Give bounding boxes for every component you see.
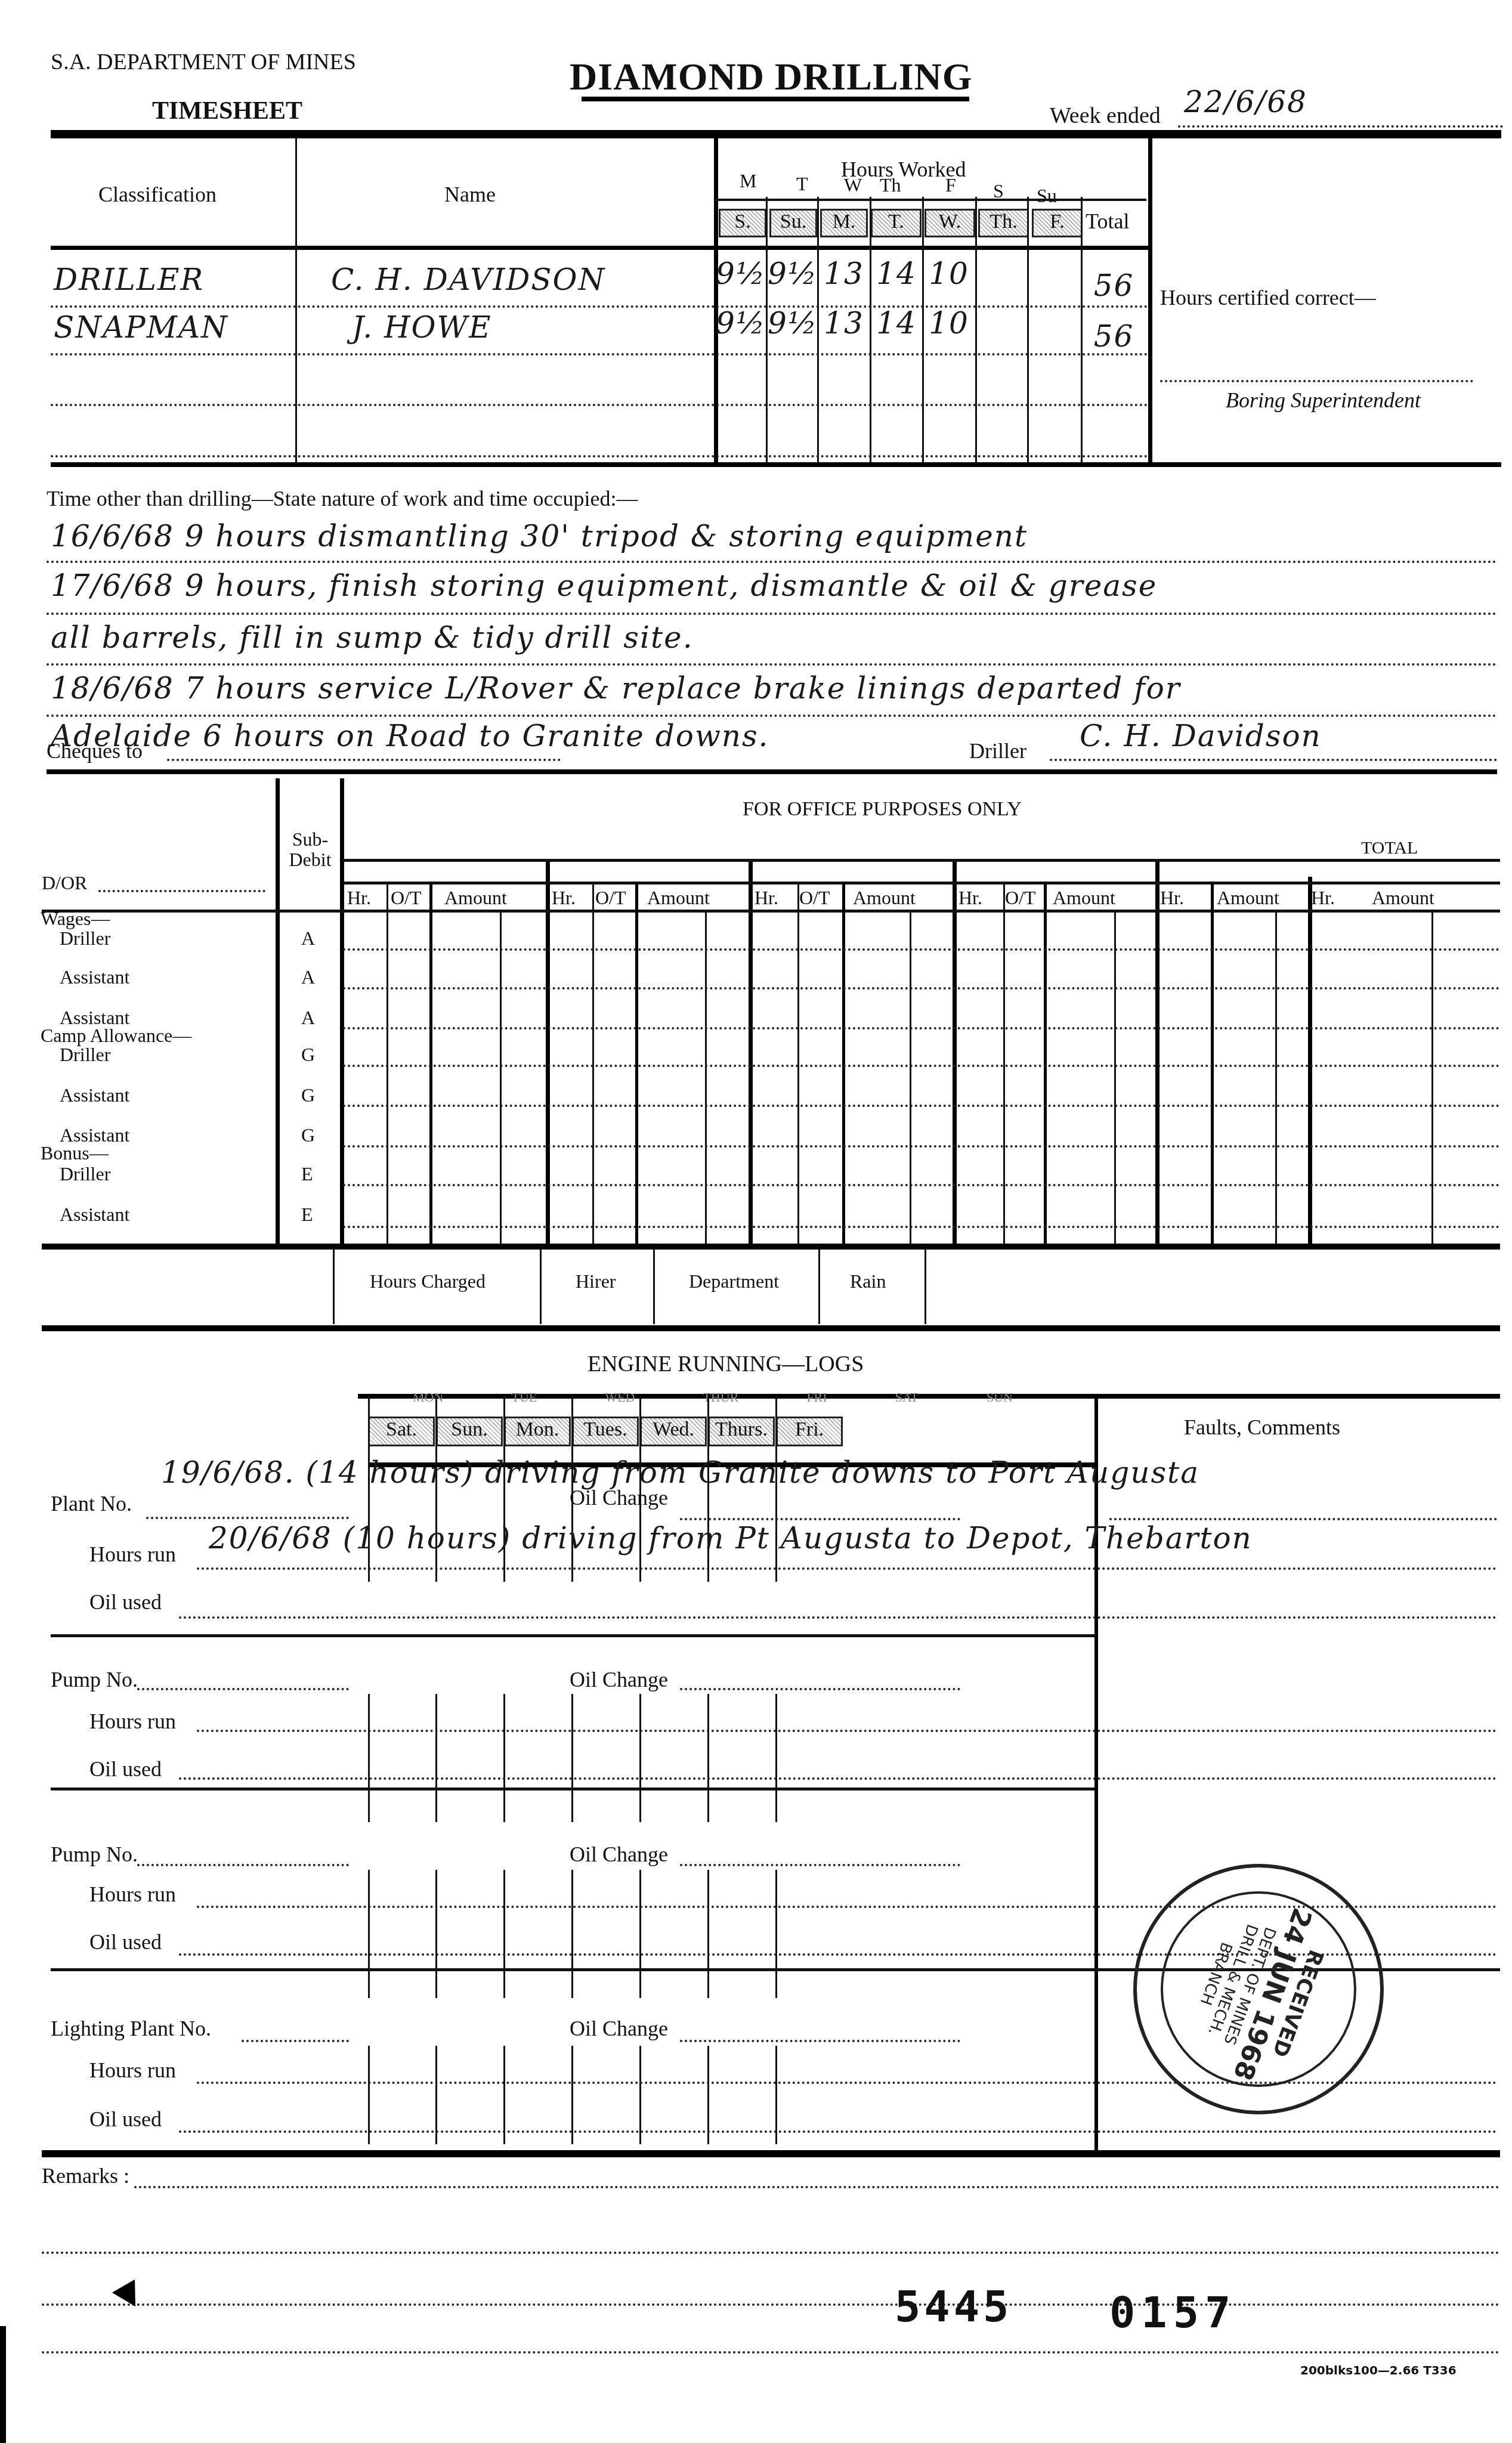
divider <box>818 1250 820 1324</box>
divider <box>639 2046 641 2144</box>
faint-day: SUN <box>987 1390 1013 1405</box>
col-amount: Amount <box>1053 887 1115 909</box>
col-hr: Hr. <box>552 887 576 909</box>
col-amount: Amount <box>1217 887 1279 909</box>
office-row-label: Driller <box>60 927 110 950</box>
faint-day: MON <box>413 1390 443 1405</box>
other-time-line-4[interactable]: 18/6/68 7 hours service L/Rover & replac… <box>51 671 1181 706</box>
day-box-w: W. <box>924 209 975 237</box>
engine-log-line-2[interactable]: 20/6/68 (10 hours) driving from Pt Augus… <box>209 1521 1253 1556</box>
faint-day: FRI <box>806 1390 827 1405</box>
divider <box>368 2046 370 2144</box>
divider <box>592 882 594 1245</box>
oil-change-label: Oil Change <box>570 2016 668 2041</box>
divider <box>1114 913 1116 1245</box>
divider <box>386 882 388 1245</box>
divider <box>705 913 707 1245</box>
day-box-m: M. <box>820 209 868 237</box>
divider <box>429 882 432 1245</box>
row-line <box>343 1027 1500 1029</box>
oil-change-label: Oil Change <box>570 1842 668 1867</box>
divider <box>1027 197 1029 462</box>
col-classification: Classification <box>98 182 217 207</box>
divider <box>639 1870 641 1998</box>
engine-day-wed: Wed. <box>640 1417 707 1446</box>
day-box-t: T. <box>871 209 922 237</box>
divider <box>51 246 1148 250</box>
office-row-code: E <box>301 1163 313 1185</box>
row-line <box>197 1730 1497 1732</box>
divider <box>797 882 799 1245</box>
office-row-code: G <box>301 1044 315 1066</box>
print-code: 200blks100—2.66 T336 <box>1300 2363 1457 2377</box>
row-line <box>343 1105 1500 1107</box>
group-wages-label: Wages— <box>41 908 110 930</box>
serial-number-left: 5445 <box>895 2281 1012 2331</box>
arrow-marker-icon <box>112 2280 147 2314</box>
hours-run-label: Hours run <box>89 2058 176 2083</box>
engine-day-sun: Sun. <box>436 1417 503 1446</box>
row1-hours-tue[interactable]: 9½ <box>768 256 818 291</box>
row-line <box>343 1184 1500 1186</box>
divider <box>707 1694 709 1822</box>
driller-line <box>1050 759 1497 761</box>
divider <box>42 910 1500 913</box>
pump-no-label: Pump No. <box>51 1667 138 1692</box>
col-amount: Amount <box>444 887 507 909</box>
row-line <box>1109 1518 1497 1520</box>
driller-label: Driller <box>969 738 1026 763</box>
divider <box>546 859 550 1247</box>
divider <box>276 778 280 1247</box>
divider <box>503 2046 505 2144</box>
other-time-line-2[interactable]: 17/6/68 9 hours, finish storing equipmen… <box>51 568 1157 603</box>
row-line <box>51 353 1148 355</box>
row2-hours-fri[interactable]: 10 <box>924 306 974 341</box>
oil-change-label: Oil Change <box>570 1667 668 1692</box>
row-line <box>179 1777 1497 1780</box>
row-line <box>51 455 1148 457</box>
lighting-oil-change-field[interactable] <box>680 2040 960 2042</box>
col-amount: Amount <box>647 887 710 909</box>
plant-no-label: Plant No. <box>51 1491 132 1516</box>
divider <box>42 1244 1500 1250</box>
faint-day: TUE <box>511 1390 537 1405</box>
divider <box>1044 882 1047 1245</box>
row2-hours-tue[interactable]: 9½ <box>768 306 818 341</box>
divider <box>368 1694 370 1822</box>
row2-name[interactable]: J. HOWE <box>352 310 491 345</box>
day-letter-t: T <box>796 173 808 195</box>
office-row-code: A <box>301 966 315 988</box>
hours-charged-label: Hours Charged <box>370 1270 486 1292</box>
col-total-hr: Hr. <box>1311 887 1335 909</box>
divider <box>653 1250 655 1324</box>
engine-faint-days: MON TUE WED THUR FRI SAT SUN <box>379 1390 1047 1405</box>
office-row-code: G <box>301 1084 315 1106</box>
divider <box>42 2150 1500 2157</box>
oil-used-label: Oil used <box>89 1757 162 1782</box>
row-line <box>51 404 1148 406</box>
divider <box>42 1325 1500 1331</box>
divider <box>775 1870 777 1998</box>
divider <box>1094 1396 1098 2153</box>
row2-total[interactable]: 56 <box>1083 319 1145 354</box>
engine-heading: ENGINE RUNNING—LOGS <box>588 1351 864 1377</box>
divider <box>749 859 753 1247</box>
cheques-to-field[interactable] <box>167 759 561 761</box>
row1-hours-thu[interactable]: 14 <box>871 256 922 291</box>
row1-total[interactable]: 56 <box>1083 268 1145 303</box>
plant-oil-change-field[interactable] <box>680 1518 960 1520</box>
row-line <box>343 1065 1500 1067</box>
title-underline <box>582 97 969 101</box>
divider <box>1155 859 1159 1247</box>
pump1-no-field[interactable] <box>137 1688 349 1690</box>
row1-hours-mon[interactable]: 9½ <box>716 256 766 291</box>
row-line <box>47 663 1497 666</box>
stamp-text: RECEIVED 24 JUN 1968 DEPT. OF MINES DRIL… <box>1103 1833 1415 2145</box>
divider <box>435 1694 437 1822</box>
col-hr: Hr. <box>347 887 371 909</box>
hours-run-label: Hours run <box>89 1709 176 1734</box>
divider <box>503 1694 505 1822</box>
department-title: S.A. DEPARTMENT OF MINES <box>51 49 356 75</box>
week-ended-value[interactable]: 22/6/68 <box>1184 85 1307 119</box>
subdebit-label: Sub-Debit <box>286 829 334 870</box>
divider <box>435 2046 437 2144</box>
row2-hours-mon[interactable]: 9½ <box>716 306 766 341</box>
day-letter-su: Su <box>1037 185 1057 207</box>
col-amount: Amount <box>853 887 916 909</box>
cheques-to-label: Cheques to <box>47 738 143 763</box>
divider <box>340 778 344 1247</box>
header-rule <box>51 130 1501 138</box>
oil-used-label: Oil used <box>89 1590 162 1615</box>
office-row-code: A <box>301 1007 315 1029</box>
divider <box>775 1694 777 1822</box>
divider <box>707 2046 709 2144</box>
divider <box>639 1694 641 1822</box>
engine-day-fri: Fri. <box>776 1417 843 1446</box>
divider <box>1308 877 1312 1247</box>
divider <box>571 1694 573 1822</box>
row-line <box>47 715 1497 717</box>
faults-comments-label: Faults, Comments <box>1184 1415 1340 1440</box>
divider <box>1003 882 1005 1245</box>
day-box-f: F. <box>1032 209 1083 237</box>
lighting-plant-no-label: Lighting Plant No. <box>51 2016 211 2041</box>
col-name: Name <box>444 182 496 207</box>
divider <box>540 1250 542 1324</box>
row-line <box>51 305 1148 308</box>
divider <box>343 859 1500 862</box>
divider <box>924 1250 926 1324</box>
rain-label: Rain <box>850 1270 886 1292</box>
week-ended-label: Week ended <box>1050 103 1161 129</box>
office-row-code: G <box>301 1124 315 1146</box>
col-hr: Hr. <box>1160 887 1184 909</box>
divider <box>975 197 977 462</box>
divider <box>1148 137 1152 462</box>
divider <box>51 1634 1094 1637</box>
office-total-label: TOTAL <box>1361 838 1418 858</box>
group-bonus-label: Bonus— <box>41 1142 109 1164</box>
row-line <box>343 948 1500 951</box>
pump2-no-field[interactable] <box>137 1864 349 1866</box>
day-box-su: Su. <box>769 209 817 237</box>
row-line <box>343 1145 1500 1148</box>
divider <box>842 882 845 1245</box>
divider <box>910 913 911 1245</box>
row-line <box>179 1616 1497 1619</box>
divider <box>775 2046 777 2144</box>
engine-day-sat: Sat. <box>368 1417 435 1446</box>
row-line <box>42 2351 1500 2354</box>
office-heading: FOR OFFICE PURPOSES ONLY <box>743 798 1022 821</box>
boring-superintendent-label: Boring Superintendent <box>1226 388 1421 413</box>
superintendent-signature-line[interactable] <box>1160 380 1473 382</box>
dor-field[interactable] <box>98 890 265 892</box>
day-box-th: Th. <box>978 209 1029 237</box>
engine-day-mon: Mon. <box>504 1417 571 1446</box>
col-total: Total <box>1086 209 1129 234</box>
other-time-line-5[interactable]: Adelaide 6 hours on Road to Granite down… <box>51 719 769 753</box>
row-line <box>343 1226 1500 1228</box>
pump2-oil-change-field[interactable] <box>680 1864 960 1866</box>
hirer-label: Hirer <box>576 1270 616 1292</box>
row2-hours-thu[interactable]: 14 <box>871 306 922 341</box>
row-line <box>42 2252 1500 2254</box>
received-stamp: RECEIVED 24 JUN 1968 DEPT. OF MINES DRIL… <box>1133 1864 1384 2114</box>
divider <box>571 2046 573 2144</box>
divider <box>435 1870 437 1998</box>
oil-used-label: Oil used <box>89 2107 162 2132</box>
divider <box>503 1870 505 1998</box>
row-line <box>47 613 1497 615</box>
day-letter-th: Th <box>880 174 901 196</box>
hours-certified-label: Hours certified correct— <box>1160 285 1376 310</box>
divider <box>571 1870 573 1998</box>
hours-run-label: Hours run <box>89 1542 176 1567</box>
col-hr: Hr. <box>755 887 778 909</box>
engine-day-thurs: Thurs. <box>708 1417 775 1446</box>
oil-used-label: Oil used <box>89 1929 162 1955</box>
divider <box>368 1870 370 1998</box>
dor-label: D/OR <box>42 872 87 894</box>
week-ended-line <box>1178 125 1503 128</box>
col-total-amount: Amount <box>1372 887 1434 909</box>
timesheet-subtitle: TIMESHEET <box>152 97 302 125</box>
row-line <box>197 1567 1497 1570</box>
department-label: Department <box>689 1270 779 1292</box>
row1-hours-wed[interactable]: 13 <box>819 256 869 291</box>
day-letter-w: W <box>844 174 862 196</box>
office-row-label: Assistant <box>60 1204 129 1226</box>
day-box-s: S. <box>719 209 766 237</box>
row-line <box>42 2303 1500 2306</box>
divider <box>51 462 1501 467</box>
other-time-label: Time other than drilling—State nature of… <box>47 486 638 511</box>
divider <box>47 769 1497 774</box>
office-row-label: Assistant <box>60 1084 129 1106</box>
divider <box>953 859 957 1247</box>
divider <box>51 1788 1094 1790</box>
col-ot: O/T <box>595 887 626 909</box>
remarks-field[interactable] <box>134 2186 1500 2188</box>
divider <box>1431 913 1433 1245</box>
divider <box>1275 913 1277 1245</box>
divider <box>707 1870 709 1998</box>
office-row-label: Driller <box>60 1044 110 1066</box>
row-line <box>47 561 1497 563</box>
office-row-code: A <box>301 927 315 950</box>
other-time-line-3[interactable]: all barrels, fill in sump & tidy drill s… <box>51 620 694 655</box>
divider <box>714 137 718 462</box>
col-ot: O/T <box>391 887 422 909</box>
faint-day: SAT <box>895 1390 919 1405</box>
divider <box>500 913 502 1245</box>
row-line <box>343 987 1500 989</box>
row1-hours-fri[interactable]: 10 <box>924 256 974 291</box>
divider <box>1211 882 1214 1245</box>
office-row-label: Driller <box>60 1163 110 1185</box>
row1-classification[interactable]: DRILLER <box>54 262 204 297</box>
day-letter-m: M <box>740 170 756 192</box>
divider <box>333 1250 335 1324</box>
divider <box>635 882 638 1245</box>
col-hr: Hr. <box>958 887 982 909</box>
row2-classification[interactable]: SNAPMAN <box>54 310 228 345</box>
office-row-code: E <box>301 1204 313 1226</box>
pump-no-label: Pump No. <box>51 1842 138 1867</box>
other-time-line-1[interactable]: 16/6/68 9 hours dismantling 30' tripod &… <box>51 519 1028 553</box>
scan-edge <box>0 2326 6 2443</box>
faint-day: WED <box>605 1390 635 1405</box>
remarks-label: Remarks : <box>42 2163 129 2188</box>
driller-signature[interactable]: C. H. Davidson <box>1080 719 1322 753</box>
row2-hours-wed[interactable]: 13 <box>819 306 869 341</box>
hours-run-label: Hours run <box>89 1882 176 1907</box>
divider <box>343 882 1500 885</box>
col-ot: O/T <box>799 887 830 909</box>
engine-log-line-1[interactable]: 19/6/68. (14 hours) driving from Granite… <box>161 1455 1199 1490</box>
pump1-oil-change-field[interactable] <box>680 1688 960 1690</box>
col-ot: O/T <box>1005 887 1036 909</box>
lighting-plant-no-field[interactable] <box>242 2040 349 2042</box>
engine-day-tues: Tues. <box>572 1417 639 1446</box>
row1-name[interactable]: C. H. DAVIDSON <box>331 262 605 297</box>
divider <box>295 137 297 462</box>
plant-no-field[interactable] <box>146 1517 349 1519</box>
form-title: DIAMOND DRILLING <box>570 55 973 99</box>
office-row-label: Assistant <box>60 966 129 988</box>
day-letter-f: F <box>945 174 956 196</box>
serial-number-right: 0157 <box>1109 2287 1236 2337</box>
